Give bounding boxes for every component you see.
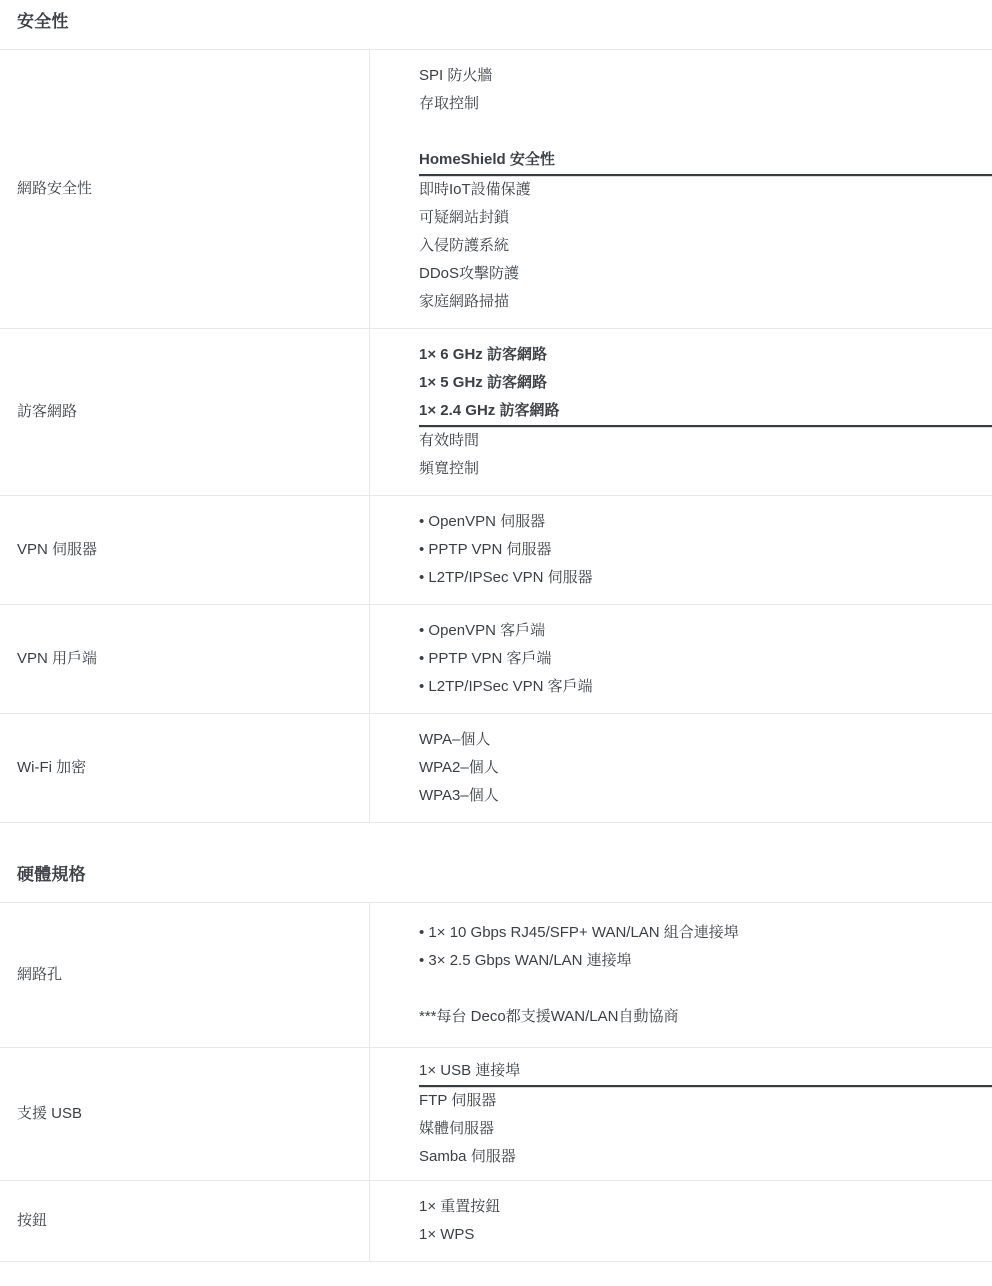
section-title: 安全性 bbox=[0, 0, 992, 50]
spec-page: 安全性 網路安全性 SPI 防火牆 存取控制 HomeShield 安全性 即時… bbox=[0, 0, 992, 1286]
spec-line: ***每台 Deco都支援WAN/LAN自動協商 bbox=[419, 1003, 992, 1031]
spec-line: • OpenVPN 伺服器 bbox=[419, 508, 992, 536]
spec-label: 網路孔 bbox=[0, 903, 370, 1047]
spec-label: 網路安全性 bbox=[0, 50, 370, 328]
spec-line: 1× 6 GHz 訪客網路 bbox=[419, 341, 992, 369]
spec-values: WPA–個人 WPA2–個人 WPA3–個人 bbox=[370, 714, 992, 822]
spec-line: • PPTP VPN 伺服器 bbox=[419, 536, 992, 564]
spec-line: FTP 伺服器 bbox=[419, 1087, 992, 1115]
spec-section-hardware: 硬體規格 網路孔 • 1× 10 Gbps RJ45/SFP+ WAN/LAN … bbox=[0, 853, 992, 1262]
spec-label: 支援 USB bbox=[0, 1048, 370, 1180]
spec-row-wifi-encryption: Wi-Fi 加密 WPA–個人 WPA2–個人 WPA3–個人 bbox=[0, 714, 992, 823]
spec-row-network-security: 網路安全性 SPI 防火牆 存取控制 HomeShield 安全性 即時IoT設… bbox=[0, 50, 992, 329]
spec-group-heading: 1× USB 連接埠 bbox=[419, 1057, 992, 1087]
spec-line: 存取控制 bbox=[419, 90, 992, 118]
spec-values: 1× USB 連接埠 FTP 伺服器 媒體伺服器 Samba 伺服器 bbox=[370, 1048, 992, 1180]
spec-line: • 1× 10 Gbps RJ45/SFP+ WAN/LAN 組合連接埠 bbox=[419, 919, 992, 947]
spec-line-blank bbox=[419, 118, 992, 146]
spec-line: • L2TP/IPSec VPN 伺服器 bbox=[419, 564, 992, 592]
spec-label: 訪客網路 bbox=[0, 329, 370, 495]
spec-line: • OpenVPN 客戶端 bbox=[419, 617, 992, 645]
spec-group-heading: 1× 2.4 GHz 訪客網路 bbox=[419, 397, 992, 427]
spec-line: 入侵防護系統 bbox=[419, 232, 992, 260]
spec-line: • 3× 2.5 Gbps WAN/LAN 連接埠 bbox=[419, 947, 992, 975]
spec-row-vpn-server: VPN 伺服器 • OpenVPN 伺服器 • PPTP VPN 伺服器 • L… bbox=[0, 496, 992, 605]
spec-values: 1× 6 GHz 訪客網路 1× 5 GHz 訪客網路 1× 2.4 GHz 訪… bbox=[370, 329, 992, 495]
spec-row-buttons: 按鈕 1× 重置按鈕 1× WPS bbox=[0, 1181, 992, 1262]
spec-label: 按鈕 bbox=[0, 1181, 370, 1261]
spec-row-usb-support: 支援 USB 1× USB 連接埠 FTP 伺服器 媒體伺服器 Samba 伺服… bbox=[0, 1048, 992, 1181]
spec-values: • 1× 10 Gbps RJ45/SFP+ WAN/LAN 組合連接埠 • 3… bbox=[370, 903, 992, 1047]
spec-line: WPA3–個人 bbox=[419, 782, 992, 810]
spec-label: VPN 伺服器 bbox=[0, 496, 370, 604]
spec-line: 1× 重置按鈕 bbox=[419, 1193, 992, 1221]
spec-line: SPI 防火牆 bbox=[419, 62, 992, 90]
section-title: 硬體規格 bbox=[0, 853, 992, 903]
spec-line-blank bbox=[419, 975, 992, 1003]
spec-line: DDoS攻擊防護 bbox=[419, 260, 992, 288]
spec-line: • PPTP VPN 客戶端 bbox=[419, 645, 992, 673]
spec-label: VPN 用戶端 bbox=[0, 605, 370, 713]
spec-line: 即時IoT設備保護 bbox=[419, 176, 992, 204]
spec-values: 1× 重置按鈕 1× WPS bbox=[370, 1181, 992, 1261]
spec-line: 有效時間 bbox=[419, 427, 992, 455]
spec-line: 可疑網站封鎖 bbox=[419, 204, 992, 232]
spec-line: 媒體伺服器 bbox=[419, 1115, 992, 1143]
spec-row-guest-network: 訪客網路 1× 6 GHz 訪客網路 1× 5 GHz 訪客網路 1× 2.4 … bbox=[0, 329, 992, 496]
spec-line: 1× 5 GHz 訪客網路 bbox=[419, 369, 992, 397]
spec-line: WPA2–個人 bbox=[419, 754, 992, 782]
spec-line: Samba 伺服器 bbox=[419, 1143, 992, 1171]
spec-group-heading: HomeShield 安全性 bbox=[419, 146, 992, 176]
spec-row-ports: 網路孔 • 1× 10 Gbps RJ45/SFP+ WAN/LAN 組合連接埠… bbox=[0, 903, 992, 1048]
spec-line: 1× WPS bbox=[419, 1221, 992, 1249]
spec-values: • OpenVPN 伺服器 • PPTP VPN 伺服器 • L2TP/IPSe… bbox=[370, 496, 992, 604]
spec-values: • OpenVPN 客戶端 • PPTP VPN 客戶端 • L2TP/IPSe… bbox=[370, 605, 992, 713]
spec-line: 家庭網路掃描 bbox=[419, 288, 992, 316]
spec-line: WPA–個人 bbox=[419, 726, 992, 754]
spec-label: Wi-Fi 加密 bbox=[0, 714, 370, 822]
spec-row-vpn-client: VPN 用戶端 • OpenVPN 客戶端 • PPTP VPN 客戶端 • L… bbox=[0, 605, 992, 714]
spec-line: 頻寬控制 bbox=[419, 455, 992, 483]
spec-section-security: 安全性 網路安全性 SPI 防火牆 存取控制 HomeShield 安全性 即時… bbox=[0, 0, 992, 823]
spec-line: • L2TP/IPSec VPN 客戶端 bbox=[419, 673, 992, 701]
spec-values: SPI 防火牆 存取控制 HomeShield 安全性 即時IoT設備保護 可疑… bbox=[370, 50, 992, 328]
